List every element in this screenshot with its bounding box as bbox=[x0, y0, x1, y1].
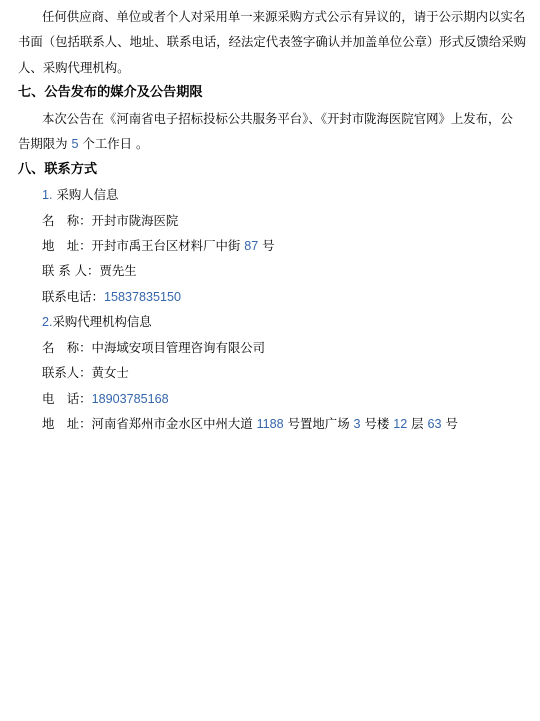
purchaser-name: 名 称：开封市陇海医院 bbox=[18, 208, 524, 233]
section7-body-line-2: 告期限为 5 个工作日 。 bbox=[18, 131, 524, 156]
agency-address-text-3: 号楼 bbox=[361, 416, 394, 431]
section7-body-line-2-text: 告期限为 bbox=[18, 136, 72, 151]
purchaser-address-tail: 号 bbox=[258, 238, 274, 253]
agency-address-text-4: 层 bbox=[407, 416, 427, 431]
agency-heading-number: 2. bbox=[42, 315, 53, 329]
document-page: 任何供应商、单位或者个人对采用单一来源采购方式公示有异议的，请于公示期内以实名 … bbox=[0, 0, 540, 721]
document-content: 任何供应商、单位或者个人对采用单一来源采购方式公示有异议的，请于公示期内以实名 … bbox=[0, 0, 540, 436]
intro-line-2: 书面（包括联系人、地址、联系电话，经法定代表签字确认并加盖单位公章）形式反馈给采… bbox=[18, 29, 524, 54]
purchaser-heading-number: 1. bbox=[42, 188, 53, 202]
agency-heading: 2.采购代理机构信息 bbox=[18, 309, 524, 334]
publish-days-number: 5 bbox=[72, 137, 79, 151]
purchaser-phone-label: 联系电话： bbox=[42, 289, 104, 304]
agency-address-number-2: 3 bbox=[354, 417, 361, 431]
agency-address: 地 址：河南省郑州市金水区中州大道 1188 号置地广场 3 号楼 12 层 6… bbox=[18, 411, 524, 436]
agency-address-text-2: 号置地广场 bbox=[284, 416, 354, 431]
agency-address-number-3: 12 bbox=[393, 417, 407, 431]
purchaser-heading-text: 采购人信息 bbox=[53, 187, 119, 202]
purchaser-address-number: 87 bbox=[244, 239, 258, 253]
agency-address-text-5: 号 bbox=[442, 416, 458, 431]
purchaser-phone-number: 15837835150 bbox=[104, 290, 181, 304]
purchaser-address: 地 址：开封市禹王台区材料厂中街 87 号 bbox=[18, 233, 524, 258]
agency-address-text-1: 地 址：河南省郑州市金水区中州大道 bbox=[42, 416, 257, 431]
section7-body-line-2-tail: 个工作日 。 bbox=[79, 136, 149, 151]
agency-address-number-4: 63 bbox=[428, 417, 442, 431]
agency-phone-number: 18903785168 bbox=[92, 392, 169, 406]
purchaser-address-text: 地 址：开封市禹王台区材料厂中街 bbox=[42, 238, 244, 253]
agency-name: 名 称：中海域安项目管理咨询有限公司 bbox=[18, 335, 524, 360]
intro-line-1: 任何供应商、单位或者个人对采用单一来源采购方式公示有异议的，请于公示期内以实名 bbox=[18, 4, 524, 29]
section8-title: 八、联系方式 bbox=[18, 157, 524, 182]
purchaser-heading: 1. 采购人信息 bbox=[18, 182, 524, 207]
purchaser-contact: 联 系 人：贾先生 bbox=[18, 258, 524, 283]
agency-address-number-1: 1188 bbox=[257, 417, 284, 431]
intro-line-3: 人、采购代理机构。 bbox=[18, 55, 524, 80]
section7-body-line-1: 本次公告在《河南省电子招标投标公共服务平台》、《开封市陇海医院官网》上发布，公 bbox=[18, 106, 524, 131]
section7-title: 七、公告发布的媒介及公告期限 bbox=[18, 80, 524, 105]
agency-phone: 电 话：18903785168 bbox=[18, 386, 524, 411]
purchaser-phone: 联系电话：15837835150 bbox=[18, 284, 524, 309]
agency-heading-text: 采购代理机构信息 bbox=[53, 314, 152, 329]
agency-contact: 联系人：黄女士 bbox=[18, 360, 524, 385]
agency-phone-label: 电 话： bbox=[42, 391, 92, 406]
